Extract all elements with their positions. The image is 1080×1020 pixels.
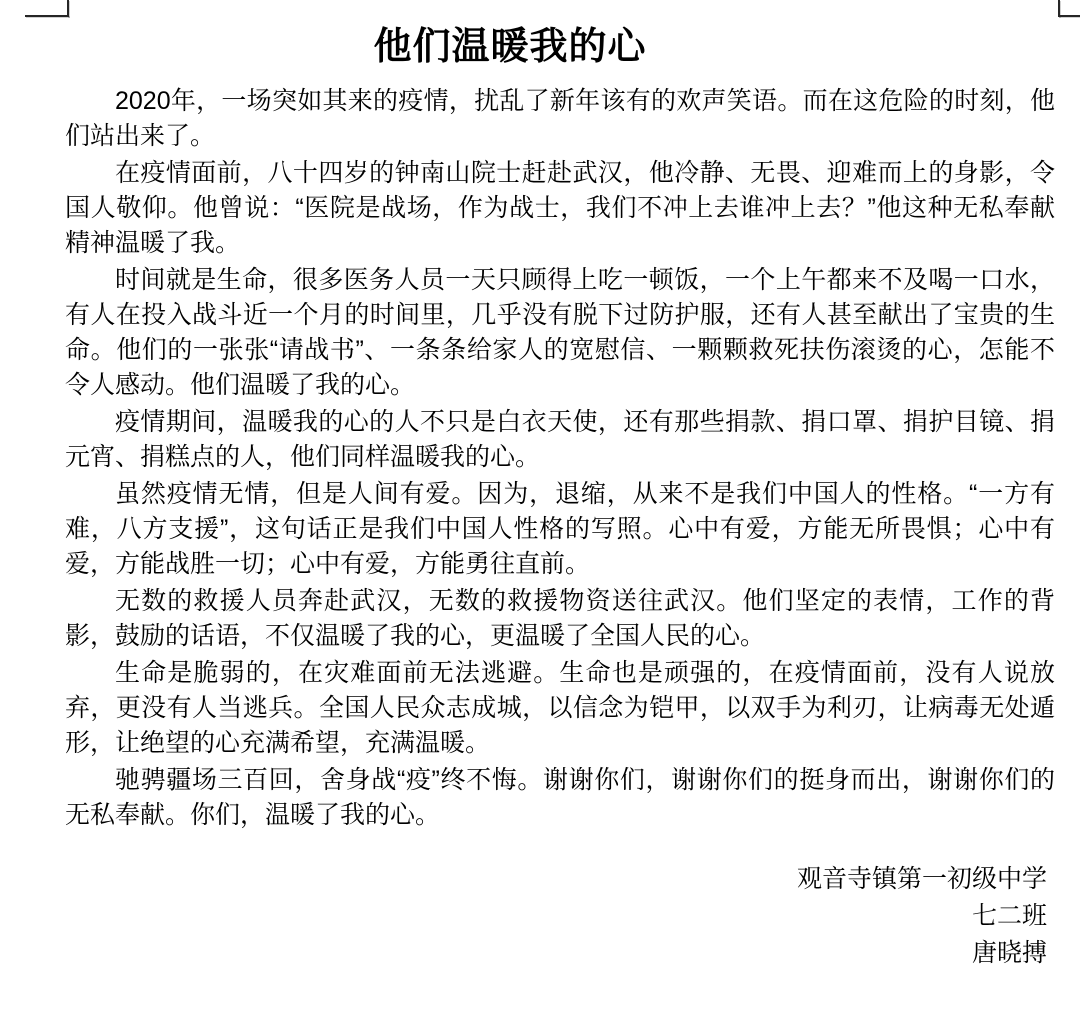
- essay-title: 他们温暖我的心: [65, 24, 955, 70]
- essay-paragraph: 疫情期间，温暖我的心的人不只是白衣天使，还有那些捐款、捐口罩、捐护目镜、捐元宵、…: [65, 405, 1055, 475]
- essay-paragraph: 驰骋疆场三百回，舍身战“疫”终不悔。谢谢你们，谢谢你们的挺身而出，谢谢你们的无私…: [65, 763, 1055, 833]
- essay-paragraph: 在疫情面前，八十四岁的钟南山院士赶赴武汉，他冷静、无畏、迎难而上的身影，令国人敬…: [65, 156, 1055, 261]
- crop-mark-top-right-horizontal: [1058, 15, 1080, 17]
- signature-class: 七二班: [65, 898, 1047, 935]
- essay-paragraph: 时间就是生命，很多医务人员一天只顾得上吃一顿饭，一个上午都来不及喝一口水，有人在…: [65, 263, 1055, 403]
- essay-paragraph: 2020年，一场突如其来的疫情，扰乱了新年该有的欢声笑语。而在这危险的时刻，他们…: [65, 84, 1055, 154]
- essay-paragraph: 生命是脆弱的，在灾难面前无法逃避。生命也是顽强的，在疫情面前，没有人说放弃，更没…: [65, 656, 1055, 761]
- document-page: 他们温暖我的心 2020年，一场突如其来的疫情，扰乱了新年该有的欢声笑语。而在这…: [0, 0, 1080, 1020]
- essay-paragraph: 虽然疫情无情，但是人间有爱。因为，退缩，从来不是我们中国人的性格。“一方有难，八…: [65, 477, 1055, 582]
- signature-block: 观音寺镇第一初级中学 七二班 唐晓搏: [65, 861, 1055, 972]
- essay-paragraph: 无数的救援人员奔赴武汉，无数的救援物资送往武汉。他们坚定的表情，工作的背影，鼓励…: [65, 584, 1055, 654]
- signature-author: 唐晓搏: [65, 935, 1047, 972]
- essay-content: 他们温暖我的心 2020年，一场突如其来的疫情，扰乱了新年该有的欢声笑语。而在这…: [65, 0, 1055, 972]
- signature-school: 观音寺镇第一初级中学: [65, 861, 1047, 898]
- crop-mark-top-left-horizontal: [25, 15, 69, 17]
- essay-body: 2020年，一场突如其来的疫情，扰乱了新年该有的欢声笑语。而在这危险的时刻，他们…: [65, 84, 1055, 833]
